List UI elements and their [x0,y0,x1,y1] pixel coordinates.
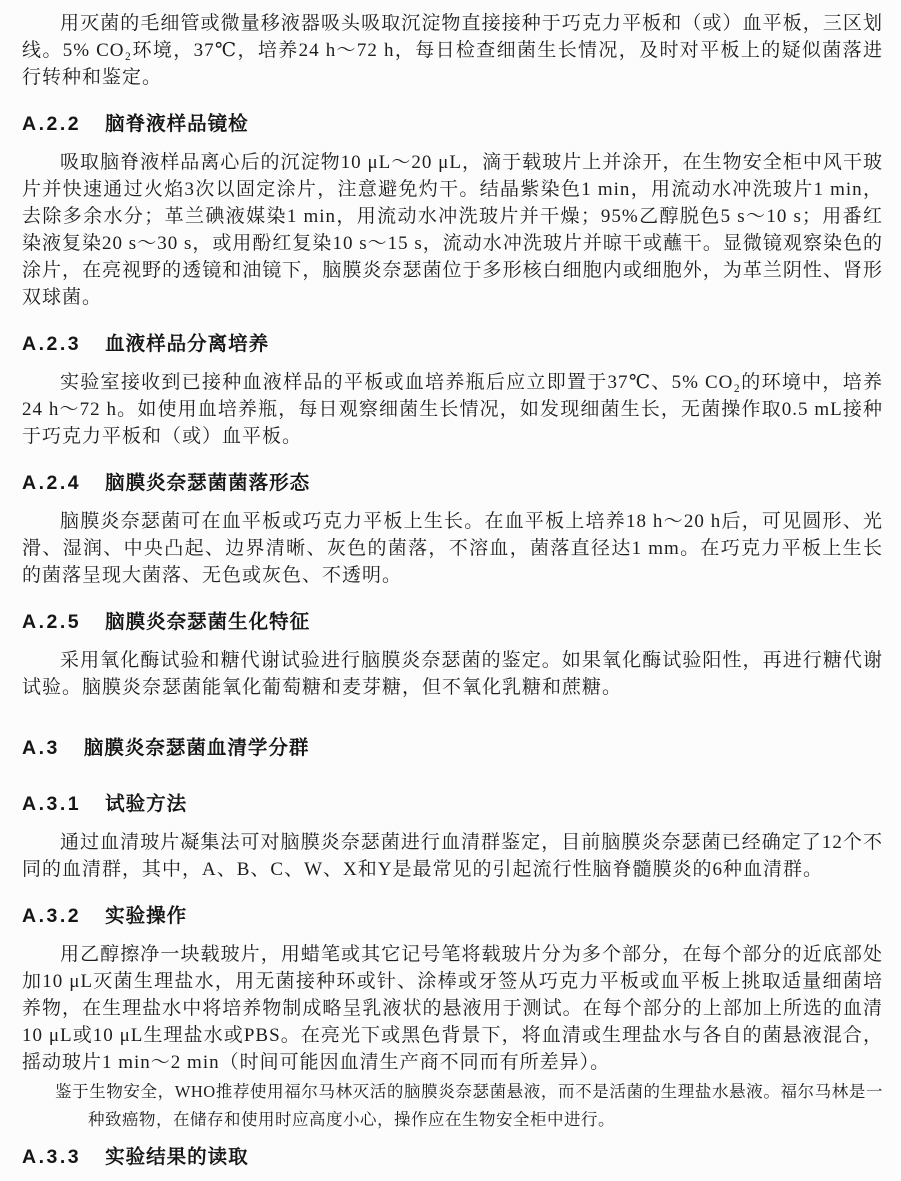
section-title: 实验结果的读取 [105,1146,249,1168]
heading-a3-1: A.3.1试验方法 [22,793,883,815]
paragraph-plate-inoculation: 用灭菌的毛细管或微量移液器吸头吸取沉淀物直接接种于巧克力平板和（或）血平板，三区… [22,10,883,91]
heading-a2-3: A.2.3血液样品分离培养 [22,333,883,355]
paragraph-blood-culture: 实验室接收到已接种血液样品的平板或血培养瓶后应立即置于37℃、5% CO₂的环境… [22,369,883,450]
section-number: A.2.3 [22,333,81,355]
document-page: 用灭菌的毛细管或微量移液器吸头吸取沉淀物直接接种于巧克力平板和（或）血平板，三区… [0,0,901,1181]
section-number: A.3 [22,737,60,759]
section-number: A.3.3 [22,1146,81,1168]
section-number: A.2.5 [22,611,81,633]
heading-a2-5: A.2.5脑膜炎奈瑟菌生化特征 [22,611,883,633]
section-title: 实验操作 [105,905,187,927]
section-number: A.2.2 [22,113,81,135]
section-title: 脑膜炎奈瑟菌菌落形态 [105,472,310,494]
section-title: 试验方法 [105,793,187,815]
heading-a3: A.3脑膜炎奈瑟菌血清学分群 [22,737,883,759]
paragraph-serogroup-method: 通过血清玻片凝集法可对脑膜炎奈瑟菌进行血清群鉴定，目前脑膜炎奈瑟菌已经确定了12… [22,829,883,883]
section-number: A.2.4 [22,472,81,494]
heading-a3-3: A.3.3实验结果的读取 [22,1146,883,1168]
heading-a3-2: A.3.2实验操作 [22,905,883,927]
section-title: 脑膜炎奈瑟菌生化特征 [105,611,310,633]
section-number: A.3.2 [22,905,81,927]
section-title: 脑脊液样品镜检 [105,113,249,135]
section-title: 脑膜炎奈瑟菌血清学分群 [84,737,310,759]
paragraph-colony-morphology: 脑膜炎奈瑟菌可在血平板或巧克力平板上生长。在血平板上培养18 h～20 h后，可… [22,508,883,589]
heading-a2-2: A.2.2脑脊液样品镜检 [22,113,883,135]
section-title: 血液样品分离培养 [105,333,269,355]
paragraph-csf-microscopy: 吸取脑脊液样品离心后的沉淀物10 μL～20 μL，滴于载玻片上并涂开，在生物安… [22,149,883,311]
paragraph-agglutination-procedure: 用乙醇擦净一块载玻片，用蜡笔或其它记号笔将载玻片分为多个部分，在每个部分的近底部… [22,941,883,1076]
section-number: A.3.1 [22,793,81,815]
note-biosafety: 鉴于生物安全，WHO推荐使用福尔马林灭活的脑膜炎奈瑟菌悬液，而不是活菌的生理盐水… [22,1078,883,1134]
heading-a2-4: A.2.4脑膜炎奈瑟菌菌落形态 [22,472,883,494]
paragraph-biochemical-traits: 采用氧化酶试验和糖代谢试验进行脑膜炎奈瑟菌的鉴定。如果氧化酶试验阳性，再进行糖代… [22,647,883,701]
